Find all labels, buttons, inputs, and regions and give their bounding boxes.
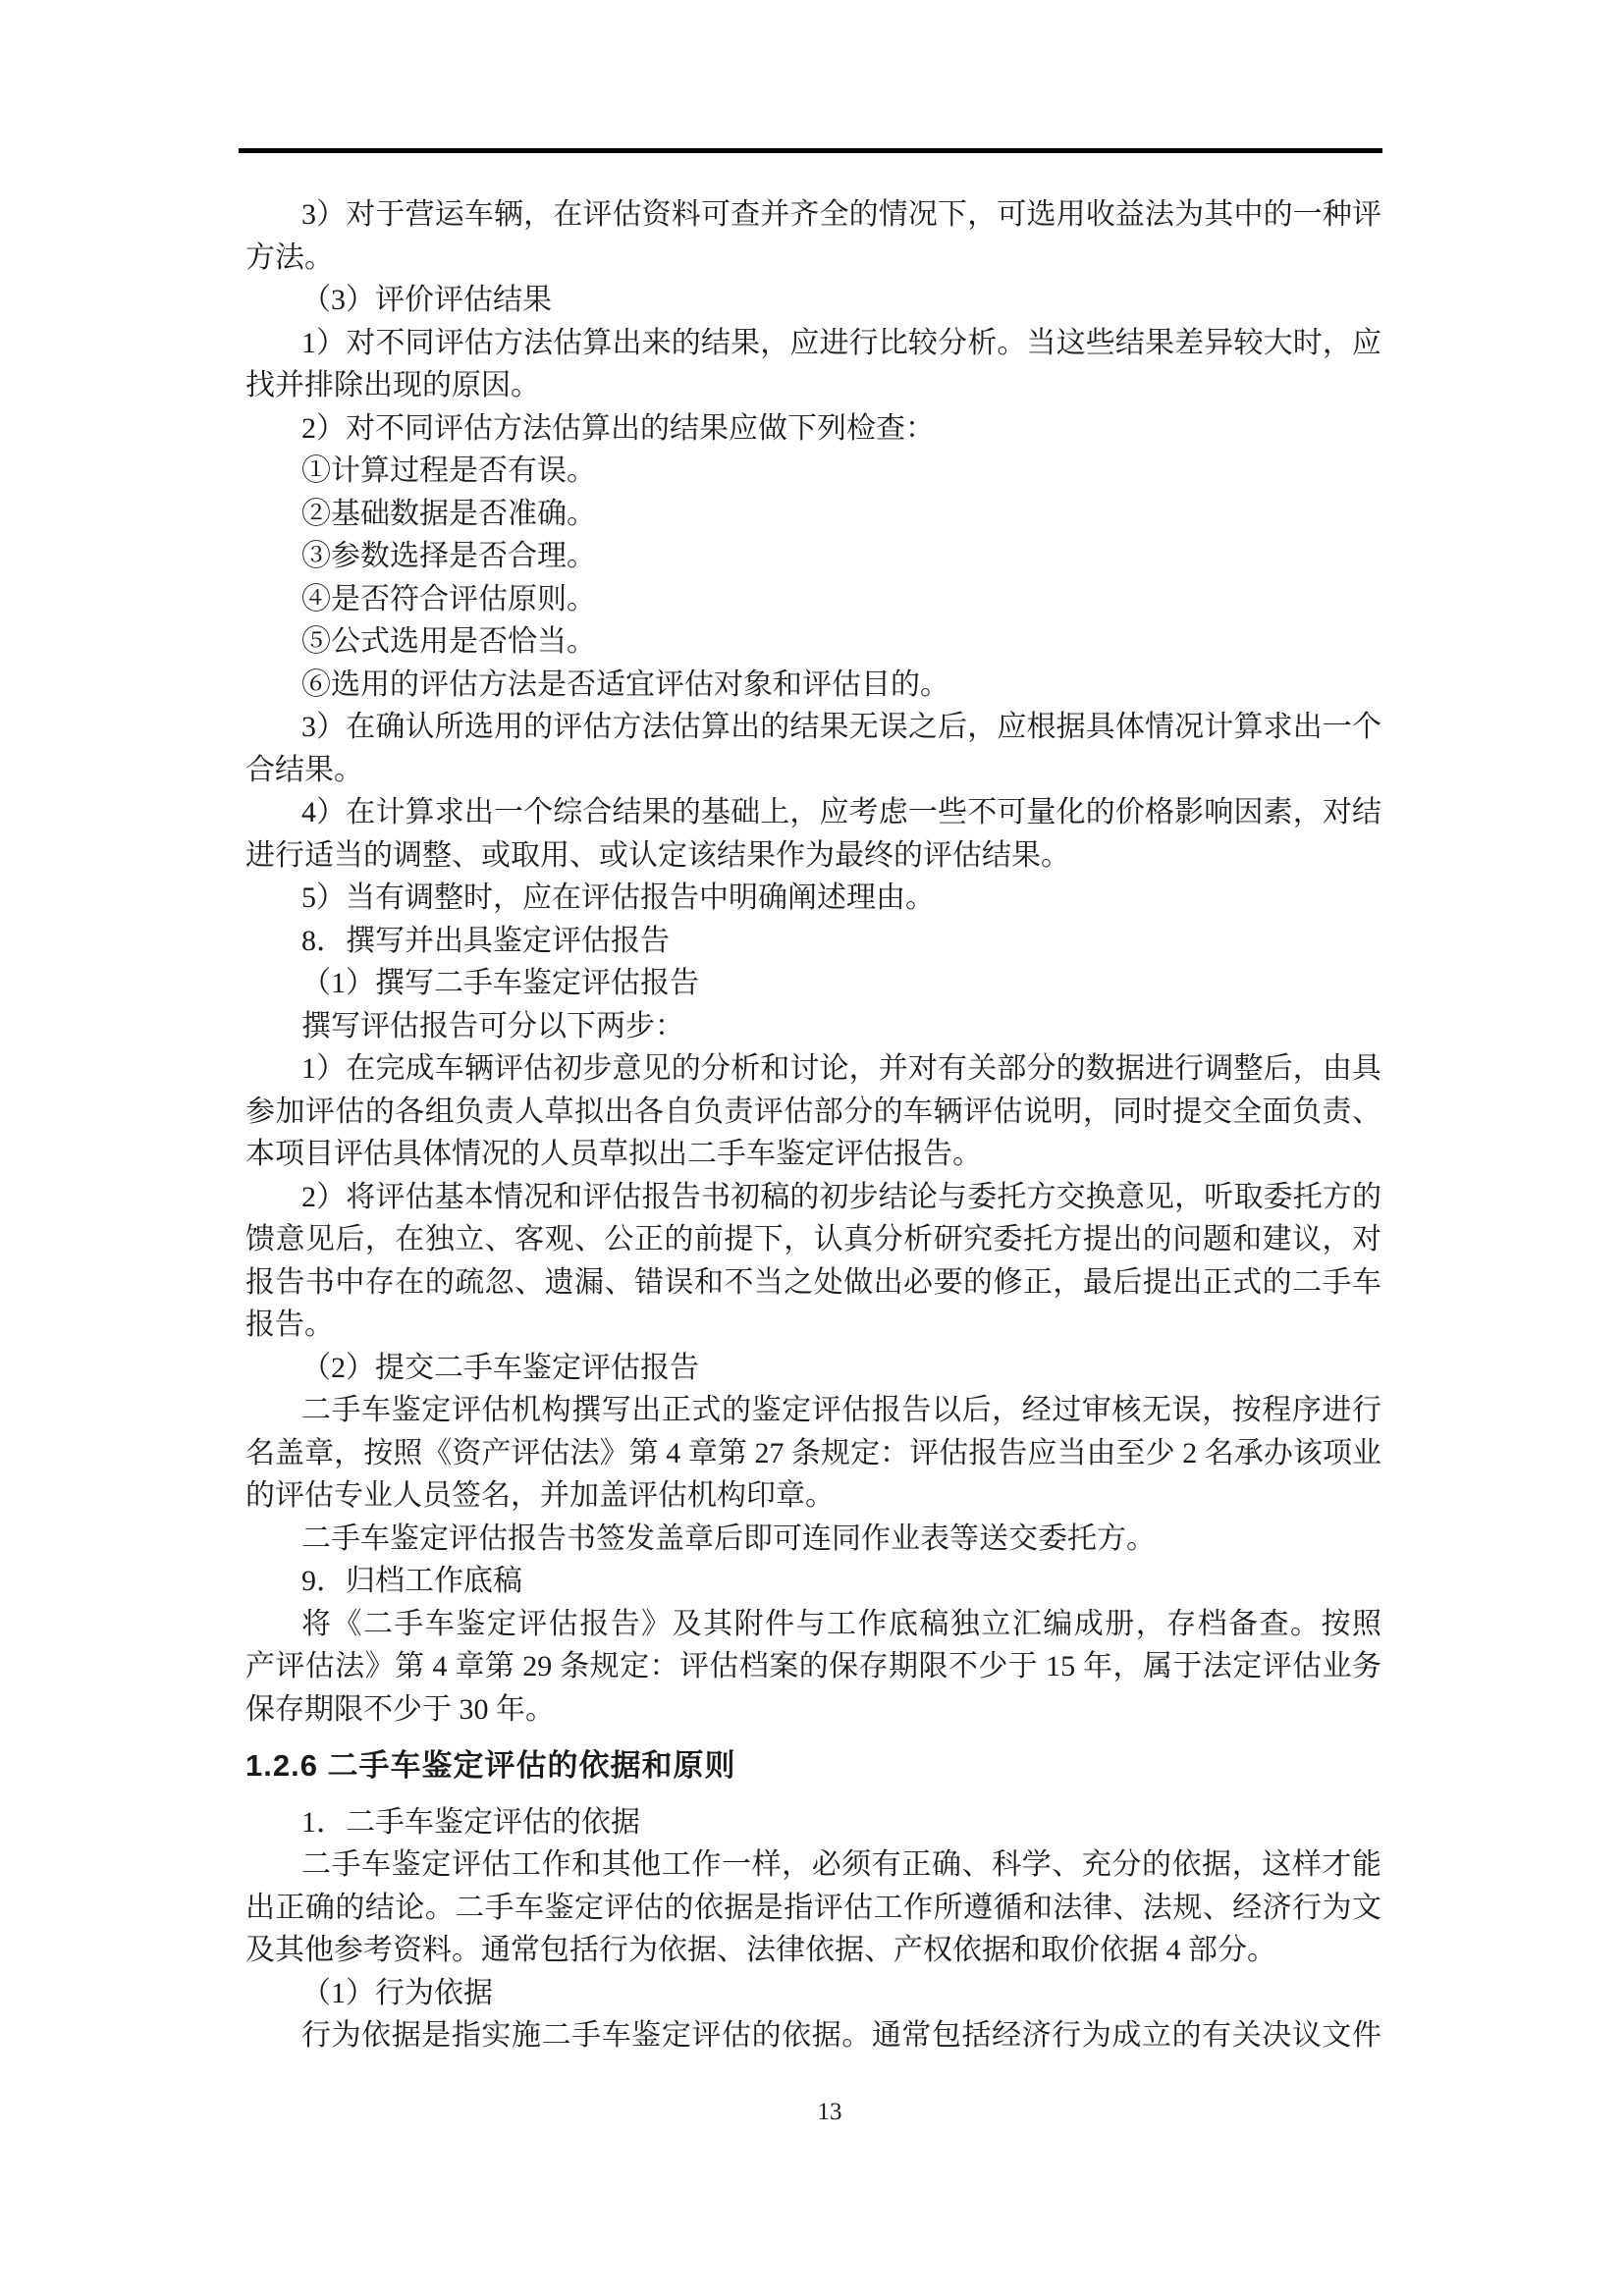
text-line: 行为依据是指实施二手车鉴定评估的依据。通常包括经济行为成立的有关决议文件以 [245, 2014, 1381, 2057]
text-line: ⑥选用的评估方法是否适宜评估对象和评估目的。 [245, 664, 1381, 707]
text-line: 4）在计算求出一个综合结果的基础上，应考虑一些不可量化的价格影响因素，对结果 [245, 791, 1381, 834]
text-line: 1．二手车鉴定评估的依据 [245, 1801, 1381, 1844]
text-line: 参加评估的各组负责人草拟出各自负责评估部分的车辆评估说明，同时提交全面负责、熟悉 [245, 1091, 1381, 1134]
text-line: 方法。 [245, 237, 1381, 280]
page-number: 13 [18, 2099, 1624, 2126]
text-line: 2）将评估基本情况和评估报告书初稿的初步结论与委托方交换意见，听取委托方的反 [245, 1176, 1381, 1219]
text-line: （3）评价评估结果 [245, 279, 1381, 322]
document-page: { "page": { "number": "13" }, "colors": … [0, 0, 1624, 2296]
text-line: 二手车鉴定评估工作和其他工作一样，必须有正确、科学、充分的依据，这样才能得 [245, 1843, 1381, 1887]
text-line: 撰写评估报告可分以下两步： [245, 1005, 1381, 1048]
text-line: （1）撰写二手车鉴定评估报告 [245, 962, 1381, 1005]
text-line: 及其他参考资料。通常包括行为依据、法律依据、产权依据和取价依据 4 部分。 [245, 1929, 1381, 1972]
text-line: ⑤公式选用是否恰当。 [245, 620, 1381, 664]
text-line: 3）对于营运车辆，在评估资料可查并齐全的情况下，可选用收益法为其中的一种评估 [245, 193, 1381, 237]
text-line: 二手车鉴定评估报告书签发盖章后即可连同作业表等送交委托方。 [245, 1518, 1381, 1561]
text-line: 合结果。 [245, 749, 1381, 792]
text-line: ②基础数据是否准确。 [245, 493, 1381, 536]
text-line: 产评估法》第 4 章第 29 条规定：评估档案的保存期限不少于 15 年，属于法… [245, 1645, 1381, 1688]
text-line: 本项目评估具体情况的人员草拟出二手车鉴定评估报告。 [245, 1133, 1381, 1176]
text-body: 3）对于营运车辆，在评估资料可查并齐全的情况下，可选用收益法为其中的一种评估方法… [245, 193, 1381, 2057]
text-line: ④是否符合评估原则。 [245, 578, 1381, 621]
text-line: 的评估专业人员签名，并加盖评估机构印章。 [245, 1474, 1381, 1518]
text-line: 3）在确认所选用的评估方法估算出的结果无误之后，应根据具体情况计算求出一个综 [245, 706, 1381, 749]
text-line: 8．撰写并出具鉴定评估报告 [245, 920, 1381, 963]
text-line: 1）对不同评估方法估算出来的结果，应进行比较分析。当这些结果差异较大时，应寻 [245, 322, 1381, 365]
header-rule [239, 148, 1382, 153]
text-line: 报告书中存在的疏忽、遗漏、错误和不当之处做出必要的修正，最后提出正式的二手车评估 [245, 1261, 1381, 1305]
text-line: 5）当有调整时，应在评估报告中明确阐述理由。 [245, 877, 1381, 920]
text-line: 名盖章，按照《资产评估法》第 4 章第 27 条规定：评估报告应当由至少 2 名… [245, 1432, 1381, 1475]
text-line: 1）在完成车辆评估初步意见的分析和讨论，并对有关部分的数据进行调整后，由具体 [245, 1047, 1381, 1091]
text-line: 馈意见后，在独立、客观、公正的前提下，认真分析研究委托方提出的问题和建议，对评估 [245, 1218, 1381, 1261]
section-heading: 1.2.6 二手车鉴定评估的依据和原则 [245, 1744, 1381, 1788]
text-line: ③参数选择是否合理。 [245, 535, 1381, 578]
text-line: （2）提交二手车鉴定评估报告 [245, 1347, 1381, 1390]
text-line: 2）对不同评估方法估算出的结果应做下列检查： [245, 407, 1381, 451]
text-line: 保存期限不少于 30 年。 [245, 1688, 1381, 1732]
text-line: 二手车鉴定评估机构撰写出正式的鉴定评估报告以后，经过审核无误，按程序进行签 [245, 1389, 1381, 1432]
text-line: 将《二手车鉴定评估报告》及其附件与工作底稿独立汇编成册，存档备查。按照《资 [245, 1603, 1381, 1646]
text-line: 9．归档工作底稿 [245, 1560, 1381, 1603]
text-line: 找并排除出现的原因。 [245, 364, 1381, 407]
text-line: （1）行为依据 [245, 1972, 1381, 2015]
text-line: 出正确的结论。二手车鉴定评估的依据是指评估工作所遵循和法律、法规、经济行为文件以 [245, 1887, 1381, 1930]
text-line: 报告。 [245, 1304, 1381, 1347]
text-line: 进行适当的调整、或取用、或认定该结果作为最终的评估结果。 [245, 834, 1381, 878]
text-line: ①计算过程是否有误。 [245, 450, 1381, 493]
